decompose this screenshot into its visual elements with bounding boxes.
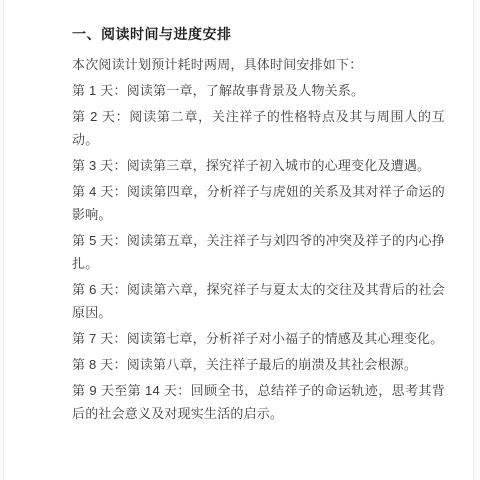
schedule-item-day-9-to-14: 第 9 天至第 14 天：回顾全书，总结祥子的命运轨迹，思考其背后的社会意义及对… <box>72 379 445 425</box>
schedule-item-day-6: 第 6 天：阅读第六章，探究祥子与夏太太的交往及其背后的社会原因。 <box>72 278 445 324</box>
section-heading: 一、阅读时间与进度安排 <box>72 25 445 43</box>
schedule-item-day-4: 第 4 天：阅读第四章，分析祥子与虎妞的关系及其对祥子命运的影响。 <box>72 180 445 226</box>
schedule-item-day-2: 第 2 天：阅读第二章，关注祥子的性格特点及其与周围人的互动。 <box>72 105 445 151</box>
intro-paragraph: 本次阅读计划预计耗时两周，具体时间安排如下： <box>72 53 445 76</box>
schedule-item-day-1: 第 1 天：阅读第一章，了解故事背景及人物关系。 <box>72 79 445 102</box>
schedule-item-day-3: 第 3 天：阅读第三章，探究祥子初入城市的心理变化及遭遇。 <box>72 154 445 177</box>
schedule-item-day-8: 第 8 天：阅读第八章，关注祥子最后的崩溃及其社会根源。 <box>72 353 445 376</box>
document-page: 一、阅读时间与进度安排 本次阅读计划预计耗时两周，具体时间安排如下： 第 1 天… <box>3 0 474 480</box>
schedule-item-day-5: 第 5 天：阅读第五章，关注祥子与刘四爷的冲突及祥子的内心挣扎。 <box>72 229 445 275</box>
schedule-item-day-7: 第 7 天：阅读第七章，分析祥子对小福子的情感及其心理变化。 <box>72 327 445 350</box>
